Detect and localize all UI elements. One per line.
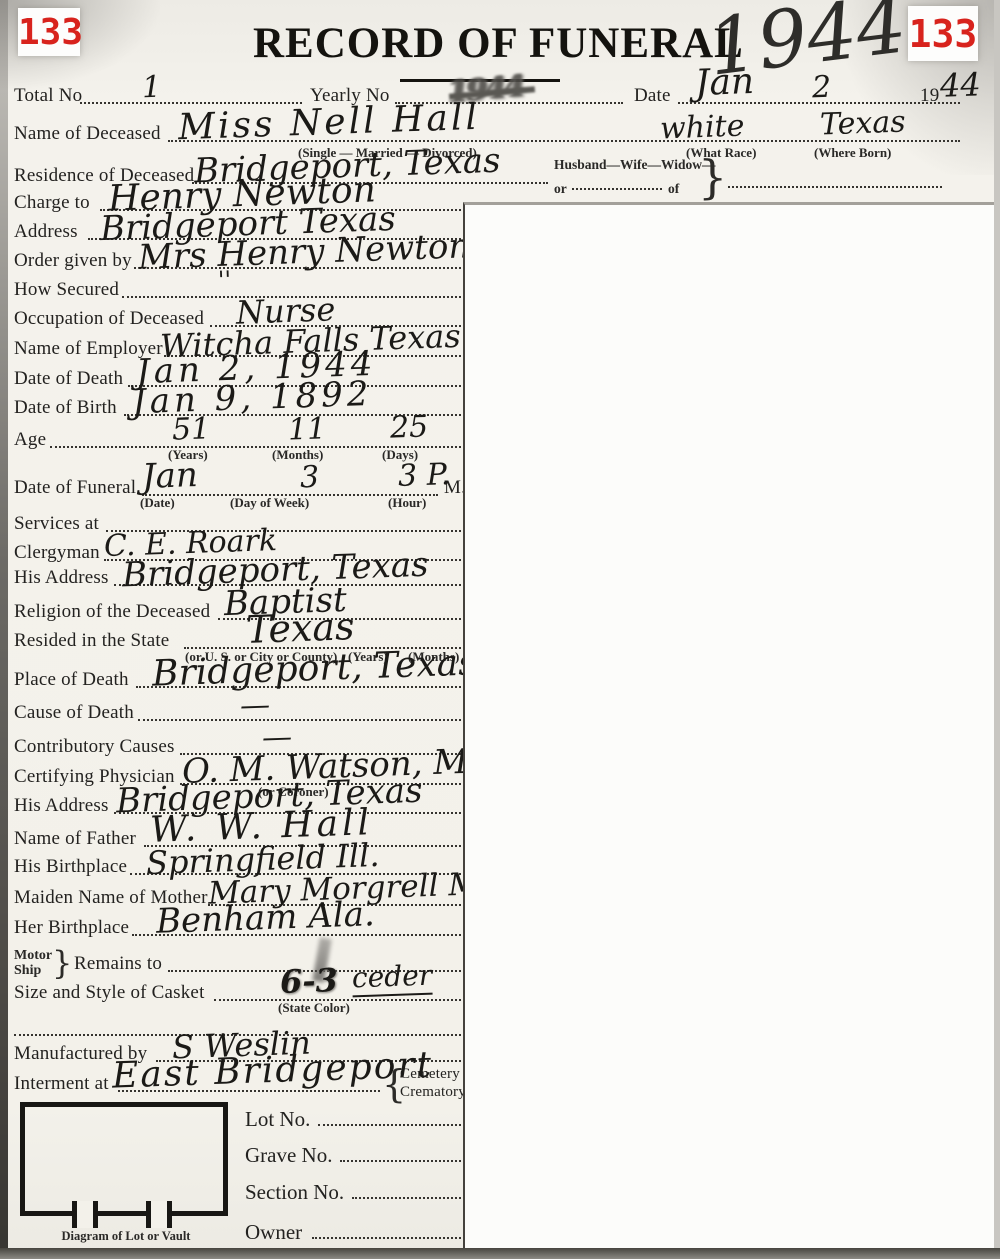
clergyman-label: Clergyman [14,542,100,564]
born-sublabel: (Where Born) [814,146,891,160]
scan-edge-bottom [0,1248,1000,1259]
charge-to-label: Charge to [14,192,90,214]
how-secured-label: How Secured [14,279,119,301]
funeral-date-value: Jan [141,455,198,497]
page-title: RECORD OF FUNERAL [253,20,744,67]
dotted-line [318,1108,461,1126]
dotted-line [80,86,302,104]
relation-or-label: or [554,182,567,197]
date-day-value: 2 [811,70,831,106]
mother-birthplace-label: Her Birthplace [14,917,129,939]
lot-diagram-tab [146,1201,172,1228]
dotted-line [312,1221,461,1239]
funeral-dow-sublabel: (Day of Week) [230,496,309,510]
father-birthplace-label: His Birthplace [14,856,127,878]
date-month-value: Jan [694,61,754,104]
father-name-label: Name of Father [14,828,136,850]
interment-at-label: Interment at [14,1073,109,1095]
diagram-caption: Diagram of Lot or Vault [36,1230,216,1244]
total-no-label: Total No [14,85,82,107]
cause-of-death-value: — [239,687,270,723]
casket-size-value: 6-3 [279,961,338,1001]
deceased-born-value: Texas [819,105,906,143]
place-of-death-label: Place of Death [14,669,129,691]
total-no-value: 1 [141,70,161,106]
contributory-causes-label: Contributory Causes [14,736,175,758]
how-secured-ditto-mark: '' [218,266,232,294]
dotted-line [728,170,942,188]
owner-label: Owner [245,1220,302,1244]
funeral-hour-sublabel: (Hour) [388,496,426,510]
lot-diagram-box [20,1102,228,1216]
dotted-line [352,1181,461,1199]
lot-no-label: Lot No. [245,1107,310,1131]
section-no-label: Section No. [245,1180,344,1204]
crematory-option-label: Crematory [400,1084,466,1101]
page-number-right: 133 [908,6,978,61]
dotted-line [572,172,662,190]
mother-birthplace-value: Benham Ala. [155,894,375,942]
motor-ship-brace: } [52,944,72,982]
casket-style-value: ceder [351,959,432,998]
age-months-value: 11 [287,411,326,447]
remains-to-label: Remains to [74,953,162,975]
services-at-label: Services at [14,513,99,535]
date-of-funeral-label: Date of Funeral [14,477,136,499]
funeral-record-page: 133 133 RECORD OF FUNERAL 1944 Total No … [0,0,1000,1259]
relation-of-label: of [668,182,679,197]
resided-state-value: Texas [245,604,355,652]
relation-line1-label: Husband—Wife—Widow— [554,158,716,173]
date-of-birth-label: Date of Birth [14,397,117,419]
scan-edge-right [994,0,1000,1259]
lot-diagram-tab [72,1201,98,1228]
scan-edge-left [0,0,8,1259]
funeral-date-sublabel: (Date) [140,496,175,510]
casket-label: Size and Style of Casket [14,982,205,1004]
page-number-left: 133 [18,8,80,56]
age-years-value: 51 [171,411,210,447]
date-year-value: 44 [939,65,981,104]
motor-label: Motor [14,948,52,963]
date-of-death-label: Date of Death [14,368,123,390]
date-of-birth-value: Jan 9, 1892 [131,374,373,422]
age-label: Age [14,429,46,451]
funeral-dow-value: 3 [299,460,319,496]
dotted-line [340,1144,461,1162]
blank-paper-overlay [463,202,996,1250]
deceased-name-label: Name of Deceased [14,123,161,145]
religion-label: Religion of the Deceased [14,601,210,623]
dotted-line [138,703,461,721]
address-label: Address [14,221,78,243]
date-label: Date [634,85,671,107]
ship-label: Ship [14,963,41,978]
funeral-hour-value: 3 P. [397,457,450,494]
physician-address-label: His Address [14,795,109,817]
deceased-race-value: white [659,109,745,147]
order-given-by-label: Order given by [14,250,132,272]
clergyman-address-label: His Address [14,567,109,589]
casket-color-sublabel: (State Color) [278,1001,350,1015]
age-days-value: 25 [389,409,428,445]
resided-state-label: Resided in the State [14,630,169,652]
relation-brace: } [698,150,727,204]
date-year-printed: 19 [920,85,939,107]
cause-of-death-label: Cause of Death [14,702,134,724]
grave-no-label: Grave No. [245,1143,332,1167]
